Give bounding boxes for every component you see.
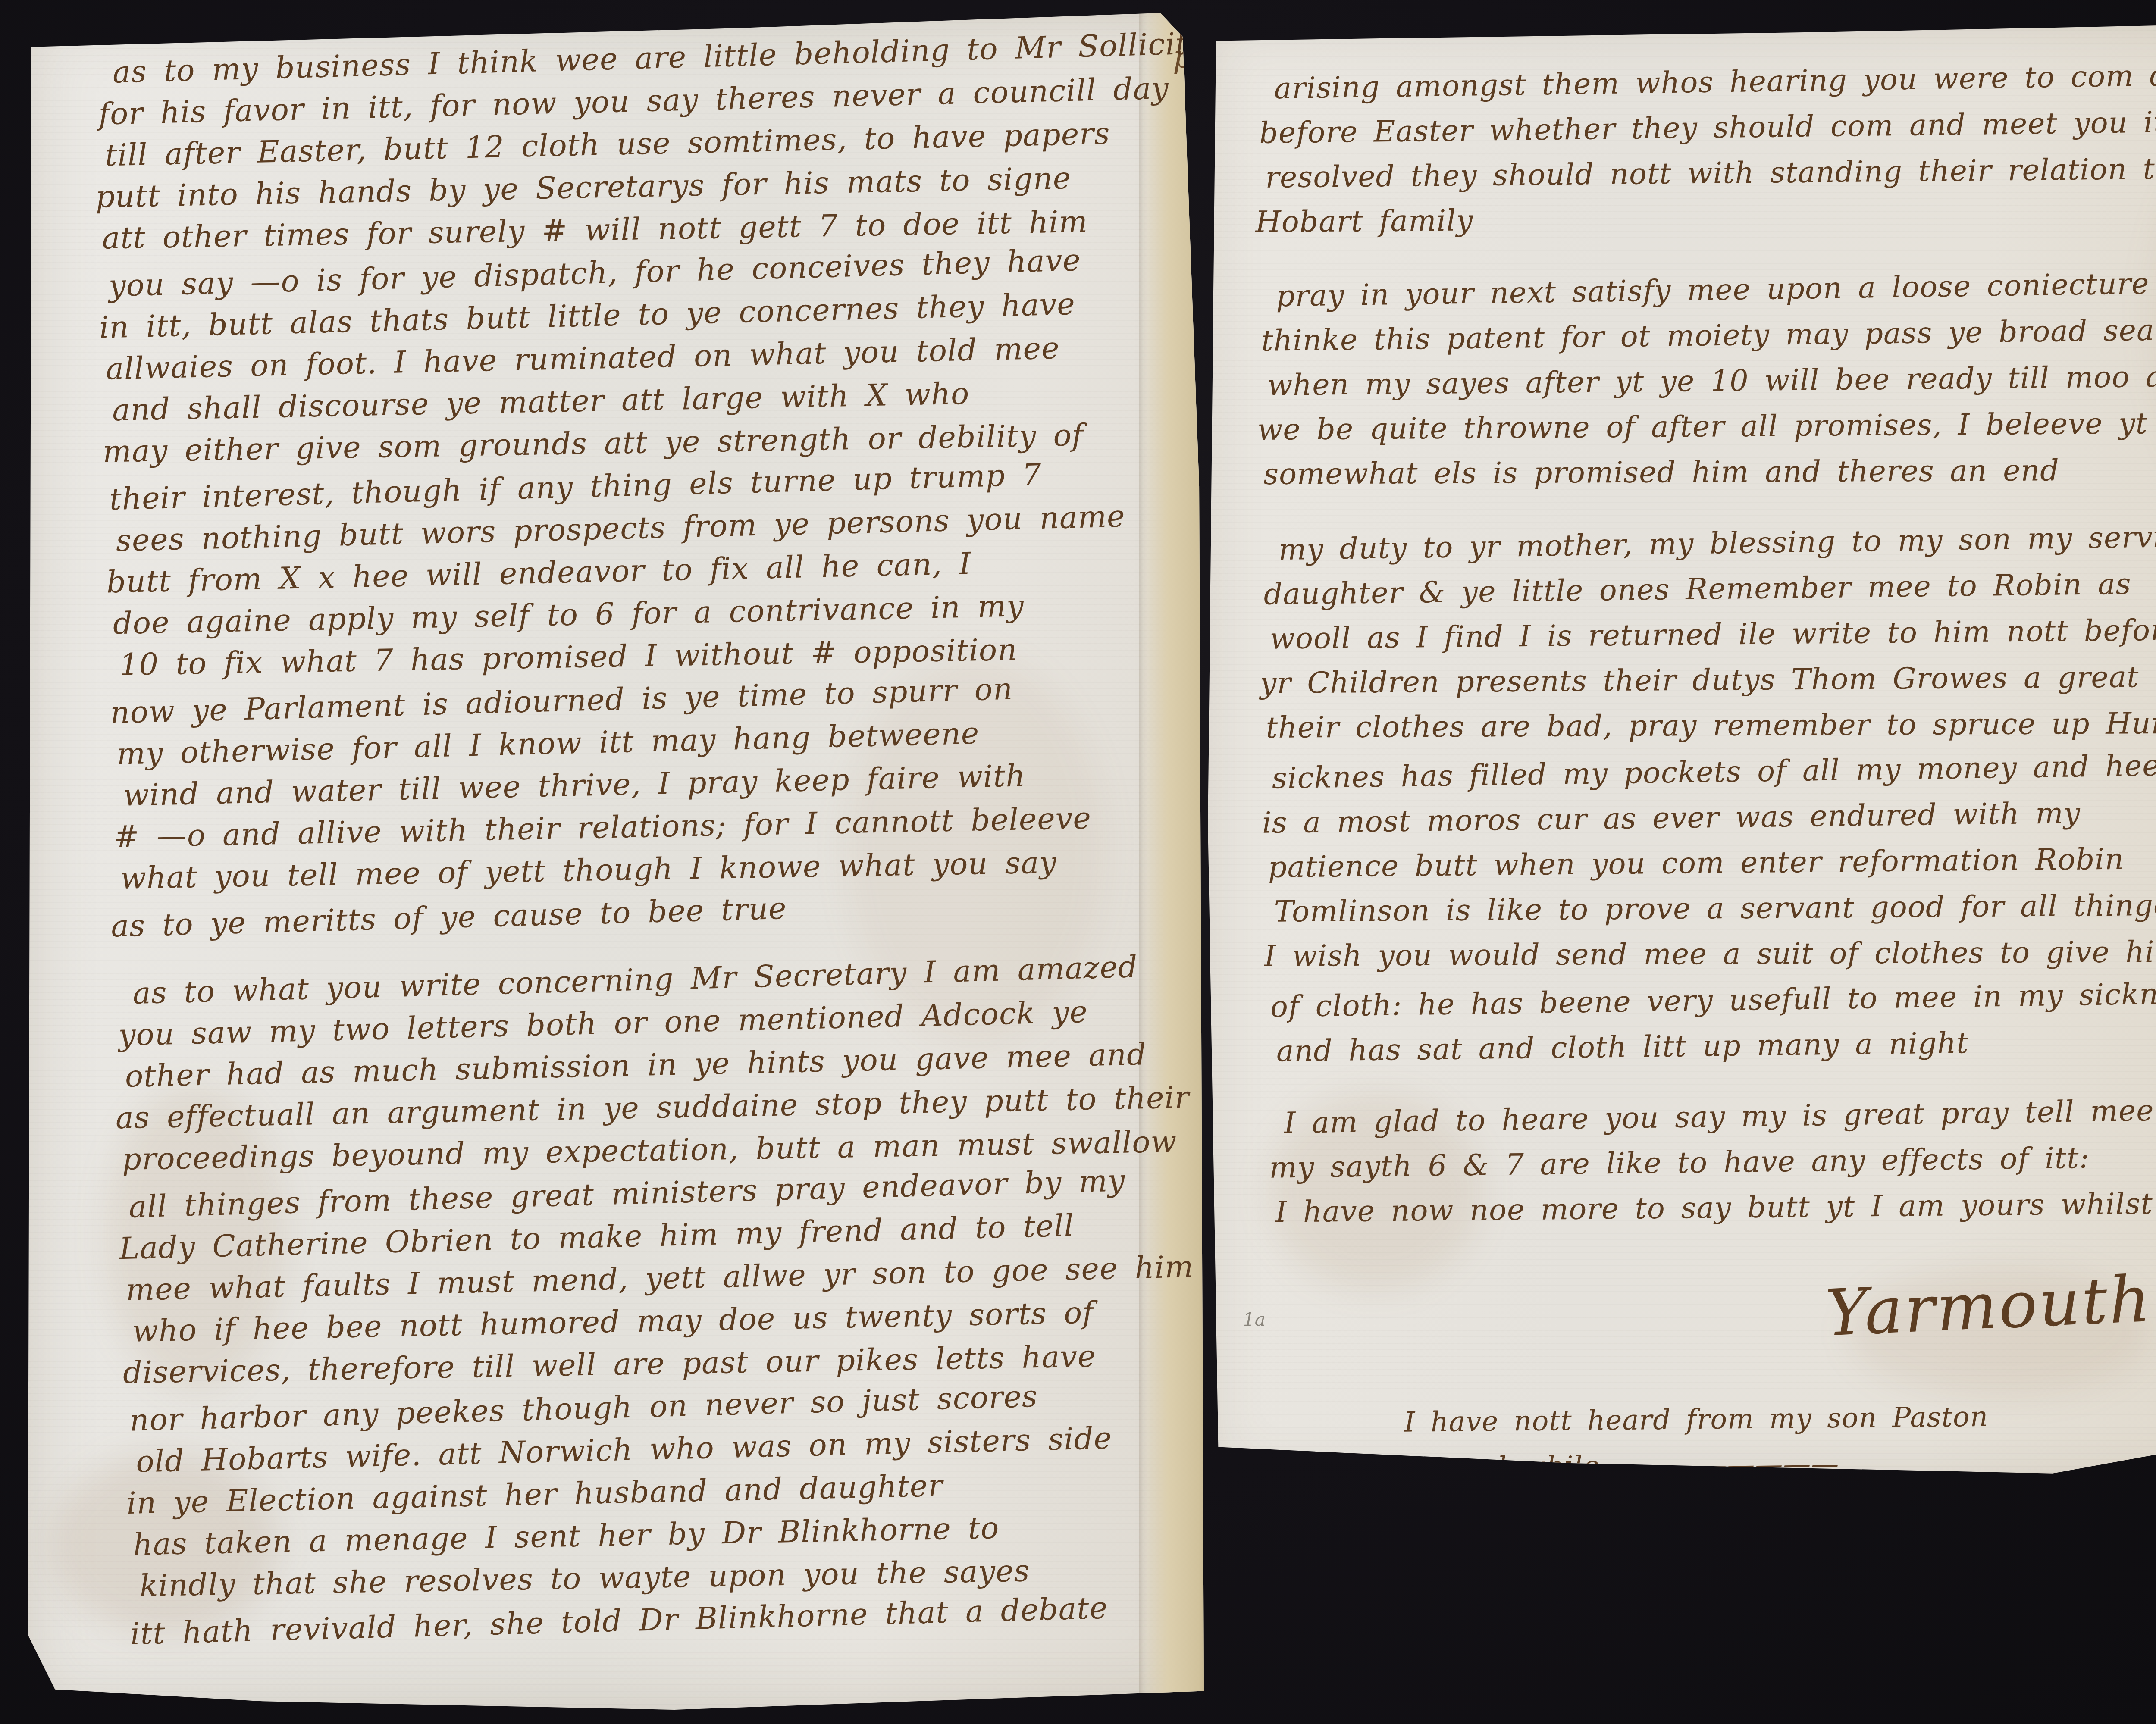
manuscript-line: patience butt when you com enter reforma… [1268,835,2156,891]
paragraph: arising amongst them whos hearing you we… [1253,54,2156,247]
postscript: I have nott heard from my son Pastona go… [1404,1391,2156,1491]
pencil-folio-note: 1a [1243,1309,1266,1330]
manuscript-line: their clothes are bad, pray remember to … [1266,701,2156,751]
right-page-paragraphs: arising amongst them whos hearing you we… [1253,54,2156,1236]
manuscript-line: a good while ———————— [1404,1437,2156,1491]
manuscript-line: wooll as I find I is returned ile write … [1269,607,2156,662]
manuscript-line: I have nott heard from my son Paston [1404,1391,2156,1446]
letter-page-left: p as to my business I think wee are litt… [27,9,1204,1711]
manuscript-line: Tomlinson is like to prove a servant goo… [1274,882,2156,935]
manuscript-line: when my sayes after yt ye 10 will bee re… [1267,353,2156,409]
manuscript-line: resolved they should nott with standing … [1265,145,2156,201]
manuscript-line: I have now noe more to say butt yt I am … [1275,1180,2156,1236]
manuscript-photo: { "document": { "description": "two-page… [0,0,2156,1724]
paragraph: pray in your next satisfy mee upon a loo… [1255,262,2156,500]
paragraph: I am glad to heare you say my is great p… [1263,1089,2156,1236]
paragraph: as to my business I think wee are little… [91,26,1180,945]
right-page-text: arising amongst them whos hearing you we… [1253,54,2156,1492]
paragraph: my duty to yr mother, my blessing to my … [1257,515,2156,1073]
signature: Yarmouth [1824,1262,2153,1350]
left-page-text: as to my business I think wee are little… [91,26,1196,1678]
manuscript-line: Hobart family [1255,192,2156,245]
letter-page-right: arising amongst them whos hearing you we… [1202,17,2156,1485]
manuscript-line: I wish you would send mee a suit of clot… [1264,929,2156,979]
manuscript-line: somewhat els is promised him and theres … [1263,447,2156,497]
paragraph: as to what you write concerning Mr Secre… [112,947,1196,1653]
manuscript-line: yr Children presents their dutys Thom Gr… [1260,654,2156,707]
manuscript-line: we be quite throwne of after all promise… [1257,400,2156,453]
